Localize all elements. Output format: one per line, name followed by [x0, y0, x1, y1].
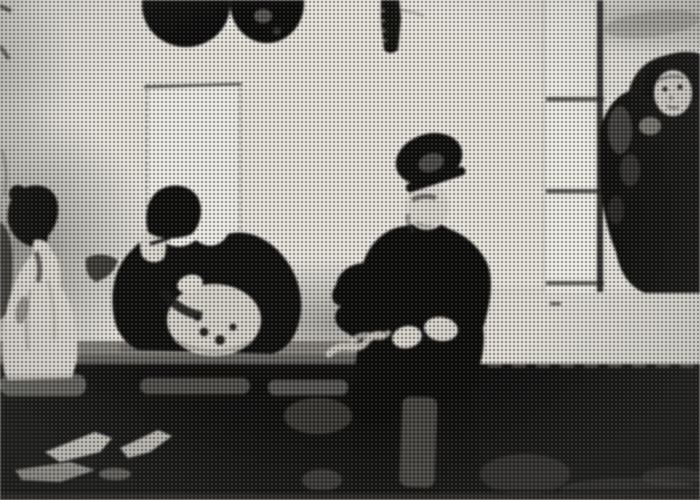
wall-marks [0, 6, 11, 196]
hanging-item [378, 0, 424, 53]
scene-drawing [0, 0, 700, 500]
halftone-photo [0, 0, 700, 500]
hanging-hat-right [230, 0, 304, 43]
standing-man [329, 125, 491, 500]
photo-border [0, 490, 700, 500]
hanging-hat-left [142, 0, 230, 47]
panelled-door [543, 0, 604, 305]
fedora-hat [389, 125, 469, 195]
cloaked-figure-right [600, 5, 700, 293]
